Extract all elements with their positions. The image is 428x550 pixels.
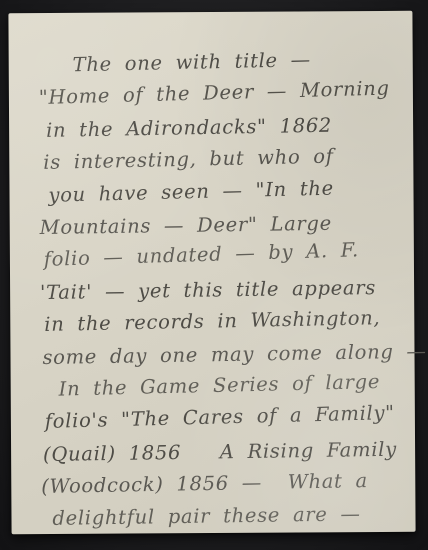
- handwritten-text-block: The one with title — "Home of the Deer —…: [8, 11, 415, 536]
- handwritten-line: in the records in Washington,: [38, 302, 401, 342]
- letter-paper: The one with title — "Home of the Deer —…: [8, 11, 415, 534]
- photo-background: { "document": { "kind": "handwritten-let…: [0, 0, 428, 550]
- handwritten-line: delightful pair these are —: [39, 498, 401, 536]
